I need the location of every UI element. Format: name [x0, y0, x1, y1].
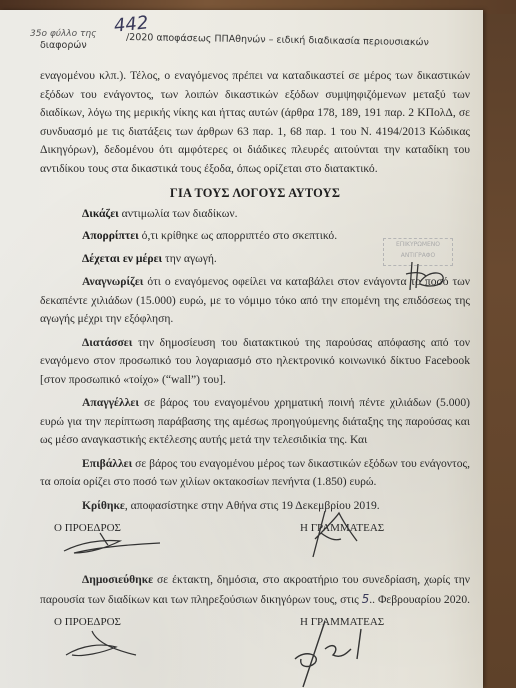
order-verb: Διατάσσει: [82, 336, 132, 349]
order-paragraph: Επιβάλλει σε βάρος του εναγομένου μέρος …: [40, 455, 470, 492]
ruling-item: Δέχεται εν μέρει την αγωγή.: [40, 250, 470, 269]
ruling-text: αντιμωλία των διαδίκων.: [119, 207, 238, 220]
sheet-label: 35ο φύλλο της διαφορών: [30, 28, 110, 52]
sheet-number: 35ο φύλλο της: [30, 29, 96, 39]
decided-paragraph: Κρίθηκε, αποφασίστηκε στην Αθήνα στις 19…: [40, 497, 470, 516]
reasoning-paragraph: εναγομένου κλπ.). Τέλος, ο εναγόμενος πρ…: [40, 67, 470, 178]
header-title: /2020 αποφάσεως ΠΠΑθηνών – ειδική διαδικ…: [126, 32, 429, 48]
ruling-text: την αγωγή.: [162, 252, 217, 265]
secretary-signature: [305, 509, 365, 559]
order-paragraph: Διατάσσει την δημοσίευση του διατακτικού…: [40, 334, 470, 390]
decided-verb: Κρίθηκε: [82, 499, 125, 512]
ruling-verb: Απορρίπτει: [82, 229, 139, 242]
ruling-item: Απορρίπτει ό,τι κρίθηκε ως απορριπτέο στ…: [40, 227, 470, 246]
ruling-verb: Δέχεται εν μέρει: [82, 252, 162, 265]
president-signature: [62, 627, 152, 661]
document-body: εναγομένου κλπ.). Τέλος, ο εναγόμενος πρ…: [40, 67, 470, 665]
order-paragraph: Απαγγέλλει σε βάρος του εναγομένου χρημα…: [40, 394, 470, 450]
signature-space-1: [40, 539, 470, 571]
document-page: 35ο φύλλο της διαφορών 442 /2020 αποφάσε…: [0, 10, 483, 688]
order-verb: Επιβάλλει: [82, 457, 132, 470]
order-paragraph: Αναγνωρίζει ότι ο εναγόμενος οφείλει να …: [40, 273, 470, 329]
order-verb: Αναγνωρίζει: [82, 275, 143, 288]
ruling-verb: Δικάζει: [82, 207, 119, 220]
published-verb: Δημοσιεύθηκε: [82, 573, 153, 586]
published-date: .. Φεβρουαρίου 2020.: [369, 593, 470, 606]
signature-space-2: [40, 633, 470, 665]
president-signature: [60, 525, 170, 559]
secretary-signature: [285, 619, 375, 688]
section-heading: ΓΙΑ ΤΟΥΣ ΛΟΓΟΥΣ ΑΥΤΟΥΣ: [40, 184, 470, 203]
ruling-text: ό,τι κρίθηκε ως απορριπτέο στο σκεπτικό.: [139, 229, 337, 242]
published-paragraph: Δημοσιεύθηκε σε έκτακτη, δημόσια, στο ακ…: [40, 571, 470, 609]
order-verb: Απαγγέλλει: [82, 396, 139, 409]
sheet-label-line2: διαφορών: [30, 40, 110, 52]
ruling-item: Δικάζει αντιμωλία των διαδίκων.: [40, 205, 470, 224]
